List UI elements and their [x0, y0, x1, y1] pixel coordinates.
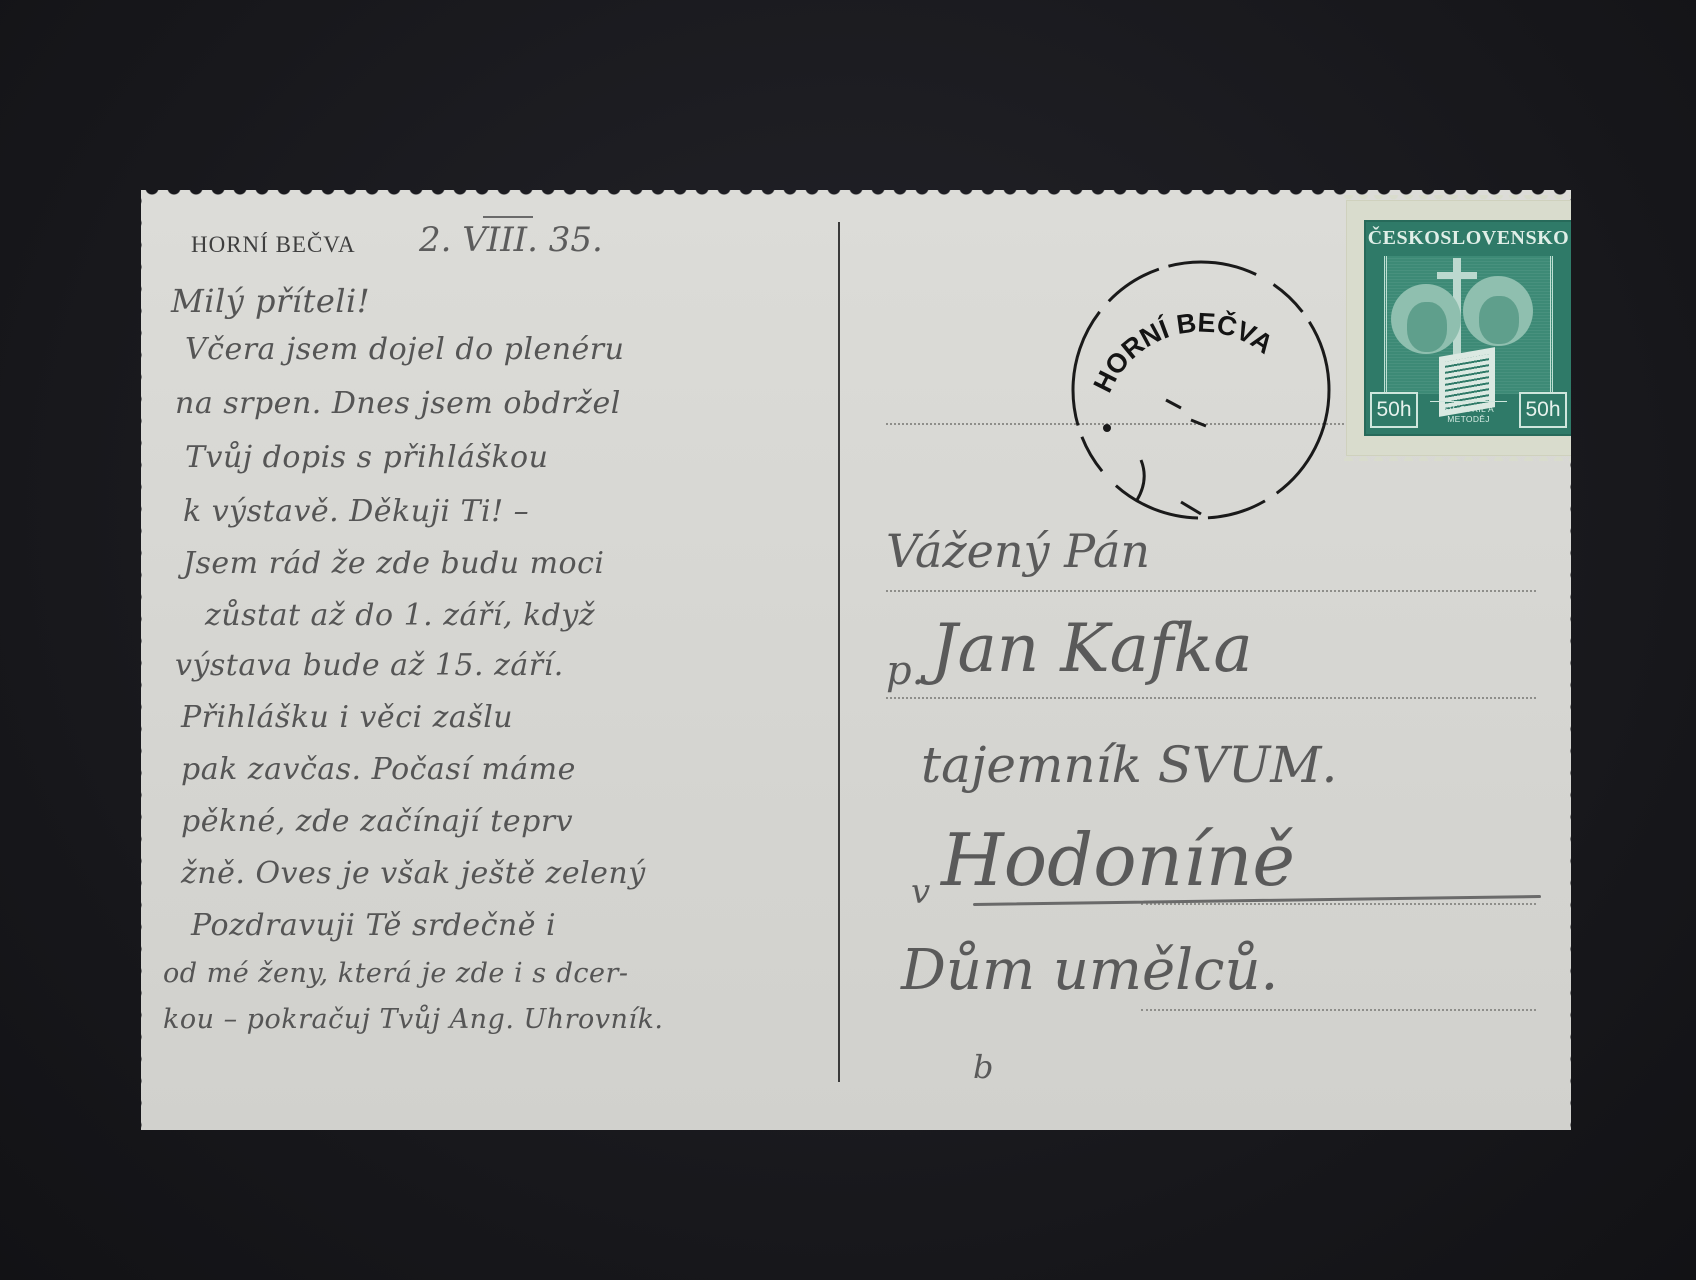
- address-building: Dům umělců.: [901, 938, 1278, 1003]
- letter-line: Tvůj dopis s přihláškou: [185, 440, 548, 475]
- svg-text:HORNÍ BEČVA: HORNÍ BEČVA: [1088, 307, 1279, 397]
- address-city-prefix: v: [911, 872, 930, 912]
- letter-line: pak zavčas. Počasí máme: [181, 752, 576, 787]
- address-salutation: Vážený Pán: [886, 524, 1150, 578]
- handwritten-date: 2. VIII. 35.: [419, 220, 603, 260]
- date-overline: [483, 216, 533, 218]
- printed-place-name: HORNÍ BEČVA: [191, 232, 356, 258]
- letter-line: Jsem rád že zde budu moci: [183, 546, 605, 581]
- letter-line: od mé ženy, která je zde i s dcer-: [163, 958, 629, 989]
- letter-line: Přihlášku i věci zašlu: [181, 700, 513, 735]
- letter-line: pěkné, zde začínají teprv: [181, 804, 573, 839]
- letter-line: výstava bude až 15. září.: [175, 648, 564, 683]
- center-divider-line: [838, 222, 840, 1082]
- letter-line: žně. Oves je však ještě zelený: [181, 856, 646, 891]
- stamp-saints-illustration: [1384, 256, 1553, 394]
- address-mark: b: [973, 1048, 993, 1086]
- letter-line: Pozdravuji Tě srdečně i: [191, 908, 556, 943]
- letter-line: Včera jsem dojel do plenéru: [185, 332, 624, 367]
- stamp-country: ČESKOSLOVENSKO: [1366, 224, 1571, 252]
- letter-line: Milý příteli!: [171, 282, 370, 320]
- address-dotted-line: [1141, 903, 1536, 905]
- letter-line: kou – pokračuj Tvůj Ang. Uhrovník.: [163, 1004, 664, 1035]
- stamp-value-right: 50h: [1519, 392, 1567, 428]
- postage-stamp: ČESKOSLOVENSKO 50h 50h SV. CYRIL A METOD…: [1346, 200, 1591, 456]
- address-name: Jan Kafka: [931, 610, 1253, 687]
- address-title: tajemník SVUM.: [921, 736, 1337, 794]
- letter-line: na srpen. Dnes jsem obdržel: [175, 386, 621, 421]
- address-prefix: p.: [886, 648, 924, 694]
- stamp-caption: SV. CYRIL A METODĚJ: [1430, 401, 1507, 424]
- postmark-text: HORNÍ BEČVA: [1088, 307, 1279, 397]
- address-dotted-line: [886, 590, 1536, 592]
- letter-line: zůstat až do 1. září, když: [205, 598, 595, 633]
- address-city: Hodoníně: [941, 818, 1295, 902]
- address-dotted-line: [886, 697, 1536, 699]
- address-dotted-line: [1141, 1009, 1536, 1011]
- postcard: HORNÍ BEČVA 2. VIII. 35. Milý příteli! V…: [141, 190, 1571, 1132]
- letter-line: k výstavě. Děkuji Ti! –: [183, 494, 529, 529]
- stamp-value-left: 50h: [1370, 392, 1418, 428]
